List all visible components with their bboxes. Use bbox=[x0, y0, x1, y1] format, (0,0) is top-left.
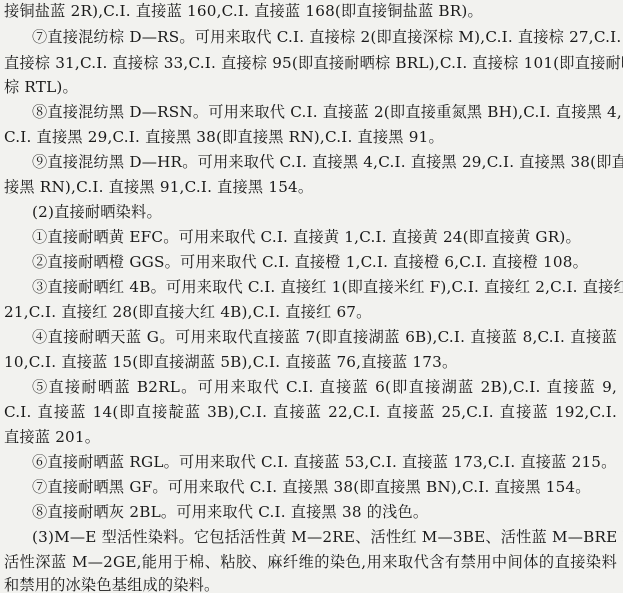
text-line: 和禁用的冰染色基组成的染料。 bbox=[4, 572, 617, 593]
text-line: 接铜盐蓝 2R),C.I. 直接蓝 160,C.I. 直接蓝 168(即直接铜盐… bbox=[4, 0, 617, 24]
text-line: ⑨直接混纺黑 D—HR。可用来取代 C.I. 直接黑 4,C.I. 直接黑 29… bbox=[4, 149, 617, 175]
section-heading: (3)M—E 型活性染料。它包括活性黄 M—2RE、活性红 M—3BE、活性蓝 … bbox=[4, 524, 617, 550]
text-line: C.I. 直接蓝 14(即直接靛蓝 3B),C.I. 直接蓝 22,C.I. 直… bbox=[4, 399, 617, 425]
text-line: ⑦直接耐晒黑 GF。可用来取代 C.I. 直接黑 38(即直接黑 BN),C.I… bbox=[4, 474, 617, 500]
text-line: 接黑 RN),C.I. 直接黑 91,C.I. 直接黑 154。 bbox=[4, 174, 617, 200]
text-line: ①直接耐晒黄 EFC。可用来取代 C.I. 直接黄 1,C.I. 直接黄 24(… bbox=[4, 224, 617, 250]
text-line: 10,C.I. 直接蓝 15(即直接湖蓝 5B),C.I. 直接蓝 76,直接蓝… bbox=[4, 349, 617, 375]
text-line: ③直接耐晒红 4B。可用来取代 C.I. 直接红 1(即直接米红 F),C.I.… bbox=[4, 274, 617, 300]
text-line: ②直接耐晒橙 GGS。可用来取代 C.I. 直接橙 1,C.I. 直接橙 6,C… bbox=[4, 249, 617, 275]
text-line: 棕 RTL)。 bbox=[4, 74, 617, 100]
section-heading: (2)直接耐晒染料。 bbox=[4, 199, 617, 225]
text-line: ⑧直接耐晒灰 2BL。可用来取代 C.I. 直接黑 38 的浅色。 bbox=[4, 499, 617, 525]
text-line: ⑦直接混纺棕 D—RS。可用来取代 C.I. 直接棕 2(即直接深棕 M),C.… bbox=[4, 24, 617, 50]
text-line: 21,C.I. 直接红 28(即直接大红 4B),C.I. 直接红 67。 bbox=[4, 299, 617, 325]
text-line: C.I. 直接黑 29,C.I. 直接黑 38(即直接黑 RN),C.I. 直接… bbox=[4, 124, 617, 150]
text-line: 直接棕 31,C.I. 直接棕 33,C.I. 直接棕 95(即直接耐晒棕 BR… bbox=[4, 50, 617, 76]
text-line: 直接蓝 201。 bbox=[4, 424, 617, 450]
text-line: ⑤直接耐晒蓝 B2RL。可用来取代 C.I. 直接蓝 6(即直接湖蓝 2B),C… bbox=[4, 374, 617, 400]
document-page: 接铜盐蓝 2R),C.I. 直接蓝 160,C.I. 直接蓝 168(即直接铜盐… bbox=[0, 0, 623, 593]
text-line: ④直接耐晒天蓝 G。可用来取代直接蓝 7(即直接湖蓝 6B),C.I. 直接蓝 … bbox=[4, 324, 617, 350]
text-line: ⑧直接混纺黑 D—RSN。可用来取代 C.I. 直接蓝 2(即直接重氮黑 BH)… bbox=[4, 99, 617, 125]
text-line: ⑥直接耐晒蓝 RGL。可用来取代 C.I. 直接蓝 53,C.I. 直接蓝 17… bbox=[4, 449, 617, 475]
